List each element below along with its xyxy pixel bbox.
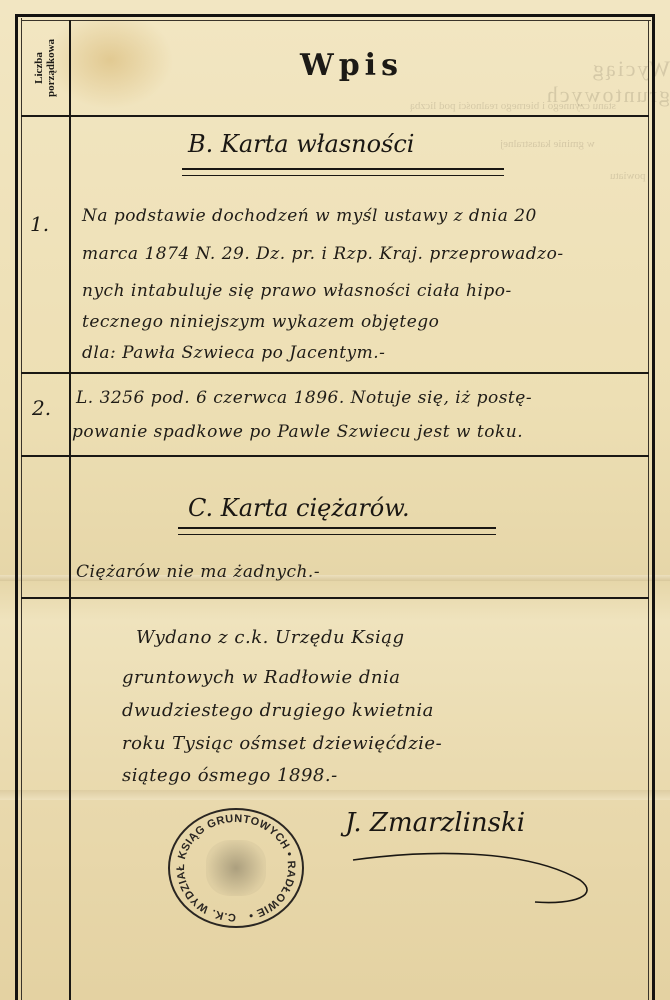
document-title: Wpis — [300, 48, 403, 83]
paper-fold — [0, 790, 670, 800]
section-c-heading: C. Karta ciężarów. — [188, 494, 410, 522]
entry-line: tecznego niniejszym wykazem objętego — [82, 312, 439, 332]
certification-line: roku Tysiąc ośmset dziewięćdzie- — [122, 733, 442, 754]
row-divider — [21, 455, 649, 457]
entry-line: Na podstawie dochodzeń w myśl ustawy z d… — [82, 206, 537, 226]
border-left-inner — [21, 18, 22, 1000]
entry-line: L. 3256 pod. 6 czerwca 1896. Notuje się,… — [76, 388, 532, 408]
border-right-inner — [648, 20, 649, 1000]
row-divider — [21, 115, 649, 117]
border-left — [15, 14, 18, 1000]
border-right — [652, 14, 655, 1000]
signature-flourish — [345, 840, 605, 920]
column-header-ordinal-number: Liczba porządkowa — [22, 22, 68, 114]
entry-number: 2. — [32, 396, 51, 420]
stamp-ring-text: C.K. WYDZIAŁ KSIĄG GRUNTOWYCH • RADŁOWIE… — [170, 810, 302, 926]
entry-line: powanie spadkowe po Pawle Szwiecu jest w… — [72, 422, 523, 442]
column-header-line: porządkowa — [45, 39, 57, 97]
border-top — [15, 14, 655, 17]
heading-underline — [178, 527, 496, 535]
certification-line: gruntowych w Radłowie dnia — [122, 667, 401, 688]
official-stamp: C.K. WYDZIAŁ KSIĄG GRUNTOWYCH • RADŁOWIE… — [168, 808, 304, 928]
bleed-through-line: w gminie katastralnej — [500, 138, 595, 150]
heading-underline — [182, 168, 504, 176]
certification-line: siątego ósmego 1898.- — [122, 765, 338, 786]
entry-line: dla: Pawła Szwieca po Jacentym.- — [82, 343, 385, 363]
border-top-inner — [21, 20, 651, 21]
entry-number: 1. — [30, 212, 49, 236]
column-divider — [69, 20, 71, 1000]
bleed-through-line: stanu czynnego i biernego realności pod … — [410, 100, 616, 112]
bleed-through-line: powiatu — [610, 170, 645, 182]
section-b-heading: B. Karta własności — [188, 130, 414, 158]
column-header-line: Liczba — [33, 39, 45, 97]
svg-text:C.K. WYDZIAŁ KSIĄG GRUNTOWYCH: C.K. WYDZIAŁ KSIĄG GRUNTOWYCH • RADŁOWIE… — [175, 813, 297, 923]
signature: J. Zmarzlinski — [345, 808, 525, 838]
row-divider — [21, 597, 649, 599]
entry-line: marca 1874 N. 29. Dz. pr. i Rzp. Kraj. p… — [82, 244, 564, 264]
certification-line: dwudziestego drugiego kwietnia — [122, 700, 434, 721]
entry-line: Ciężarów nie ma żadnych.- — [76, 562, 320, 582]
certification-line: Wydano z c.k. Urzędu Ksiąg — [136, 627, 404, 648]
entry-line: nych intabuluje się prawo własności ciał… — [82, 281, 512, 301]
row-divider — [21, 372, 649, 374]
